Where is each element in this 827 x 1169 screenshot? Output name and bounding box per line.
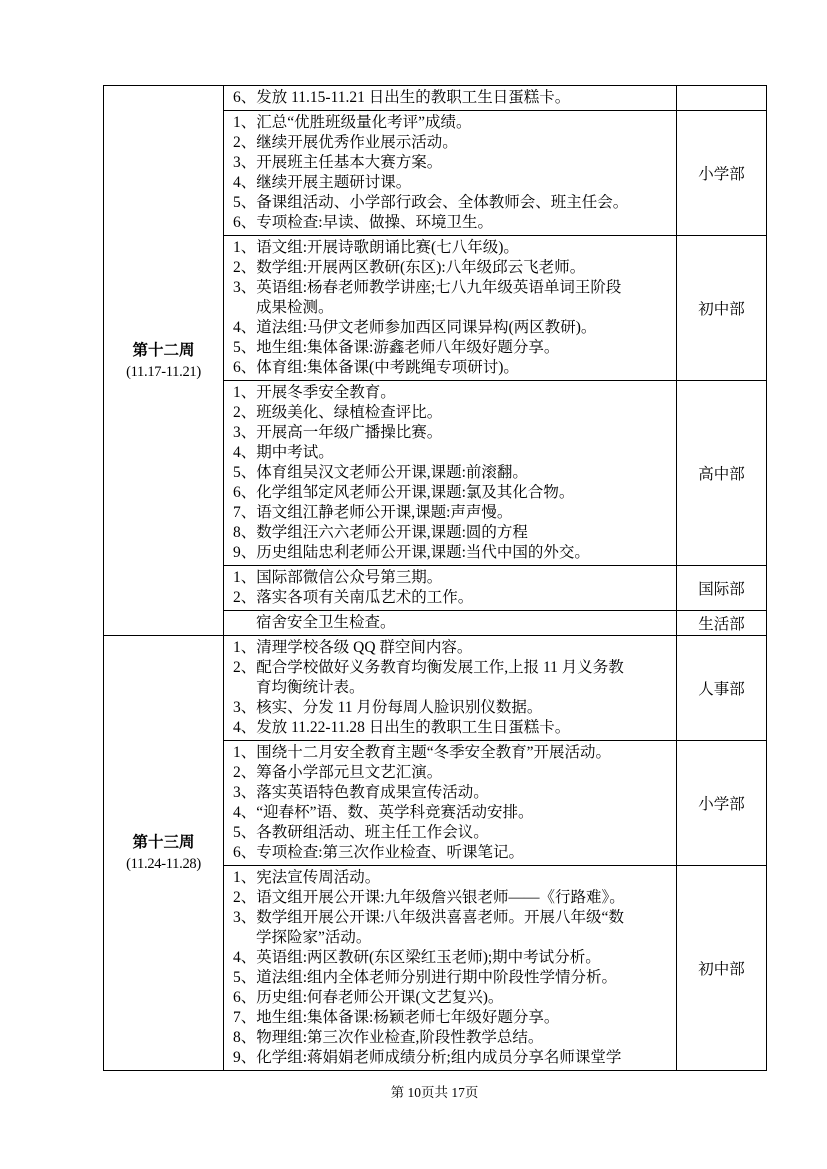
task-line: 8、物理组:第三次作业检查,阶段性教学总结。	[233, 1028, 671, 1048]
task-line: 6、历史组:何春老师公开课(文艺复兴)。	[233, 988, 671, 1008]
task-line: 6、发放 11.15-11.21 日出生的教职工生日蛋糕卡。	[233, 88, 671, 108]
department-cell: 初中部	[677, 866, 767, 1071]
task-line: 2、继续开展优秀作业展示活动。	[233, 133, 671, 153]
task-line: 7、语文组江静老师公开课,课题:声声慢。	[233, 503, 671, 523]
task-line: 学探险家”活动。	[233, 928, 671, 948]
task-line: 5、道法组:组内全体老师分别进行期中阶段性学情分析。	[233, 968, 671, 988]
task-line: 6、专项检查:第三次作业检查、听课笔记。	[233, 843, 671, 863]
task-line: 2、配合学校做好义务教育均衡发展工作,上报 11 月义务教	[233, 658, 671, 678]
task-line: 9、历史组陆忠利老师公开课,课题:当代中国的外交。	[233, 543, 671, 563]
week-dates: (11.24-11.28)	[105, 854, 222, 874]
task-line: 4、道法组:马伊文老师参加西区同课异构(两区教研)。	[233, 318, 671, 338]
task-line: 1、清理学校各级 QQ 群空间内容。	[233, 638, 671, 658]
task-line: 1、汇总“优胜班级量化考评”成绩。	[233, 113, 671, 133]
task-line: 1、围绕十二月安全教育主题“冬季安全教育”开展活动。	[233, 743, 671, 763]
task-line: 育均衡统计表。	[233, 678, 671, 698]
tasks-cell: 1、语文组:开展诗歌朗诵比赛(七八年级)。2、数学组:开展两区教研(东区):八年…	[224, 236, 677, 381]
weekly-schedule-table: 第十二周(11.17-11.21)6、发放 11.15-11.21 日出生的教职…	[103, 85, 767, 1071]
week-cell: 第十二周(11.17-11.21)	[104, 86, 224, 636]
task-line: 4、发放 11.22-11.28 日出生的教职工生日蛋糕卡。	[233, 718, 671, 738]
department-cell: 小学部	[677, 111, 767, 236]
task-line: 2、筹备小学部元旦文艺汇演。	[233, 763, 671, 783]
week-cell: 第十三周(11.24-11.28)	[104, 636, 224, 1071]
department-cell	[677, 86, 767, 111]
tasks-cell: 6、发放 11.15-11.21 日出生的教职工生日蛋糕卡。	[224, 86, 677, 111]
task-line: 6、体育组:集体备课(中考跳绳专项研讨)。	[233, 358, 671, 378]
task-line: 6、化学组邹定风老师公开课,课题:氯及其化合物。	[233, 483, 671, 503]
task-line: 2、班级美化、绿植检查评比。	[233, 403, 671, 423]
task-line: 5、地生组:集体备课:游鑫老师八年级好题分享。	[233, 338, 671, 358]
task-line: 2、数学组:开展两区教研(东区):八年级邱云飞老师。	[233, 258, 671, 278]
department-cell: 人事部	[677, 636, 767, 741]
week-label: 第十三周	[105, 832, 222, 854]
page-number-footer: 第 10页共 17页	[103, 1084, 766, 1102]
department-cell: 生活部	[677, 611, 767, 636]
task-line: 4、英语组:两区教研(东区梁红玉老师);期中考试分析。	[233, 948, 671, 968]
department-cell: 国际部	[677, 566, 767, 611]
task-line: 2、语文组开展公开课:九年级詹兴银老师——《行路难》。	[233, 888, 671, 908]
task-line: 1、国际部微信公众号第三期。	[233, 568, 671, 588]
task-line: 2、落实各项有关南瓜艺术的工作。	[233, 588, 671, 608]
department-cell: 初中部	[677, 236, 767, 381]
task-line: 3、核实、分发 11 月份每周人脸识别仪数据。	[233, 698, 671, 718]
department-cell: 小学部	[677, 741, 767, 866]
task-line: 3、落实英语特色教育成果宣传活动。	[233, 783, 671, 803]
tasks-cell: 1、清理学校各级 QQ 群空间内容。2、配合学校做好义务教育均衡发展工作,上报 …	[224, 636, 677, 741]
task-line: 宿舍安全卫生检查。	[233, 613, 671, 633]
task-line: 3、数学组开展公开课:八年级洪喜喜老师。开展八年级“数	[233, 908, 671, 928]
task-line: 6、专项检查:早读、做操、环境卫生。	[233, 213, 671, 233]
schedule-row: 第十二周(11.17-11.21)6、发放 11.15-11.21 日出生的教职…	[104, 86, 767, 111]
task-line: 7、地生组:集体备课:杨颖老师七年级好题分享。	[233, 1008, 671, 1028]
task-line: 5、体育组吴汉文老师公开课,课题:前滚翻。	[233, 463, 671, 483]
task-line: 3、开展班主任基本大赛方案。	[233, 153, 671, 173]
tasks-cell: 1、国际部微信公众号第三期。2、落实各项有关南瓜艺术的工作。	[224, 566, 677, 611]
week-label: 第十二周	[105, 340, 222, 362]
tasks-cell: 宿舍安全卫生检查。	[224, 611, 677, 636]
tasks-cell: 1、汇总“优胜班级量化考评”成绩。2、继续开展优秀作业展示活动。3、开展班主任基…	[224, 111, 677, 236]
task-line: 1、语文组:开展诗歌朗诵比赛(七八年级)。	[233, 238, 671, 258]
document-page: 第十二周(11.17-11.21)6、发放 11.15-11.21 日出生的教职…	[0, 0, 827, 1169]
task-line: 1、开展冬季安全教育。	[233, 383, 671, 403]
task-line: 5、各教研组活动、班主任工作会议。	[233, 823, 671, 843]
schedule-table-body: 第十二周(11.17-11.21)6、发放 11.15-11.21 日出生的教职…	[104, 86, 767, 1071]
tasks-cell: 1、开展冬季安全教育。2、班级美化、绿植检查评比。3、开展高一年级广播操比赛。4…	[224, 381, 677, 566]
task-line: 3、开展高一年级广播操比赛。	[233, 423, 671, 443]
schedule-row: 第十三周(11.24-11.28)1、清理学校各级 QQ 群空间内容。2、配合学…	[104, 636, 767, 741]
department-cell: 高中部	[677, 381, 767, 566]
task-line: 8、数学组汪六六老师公开课,课题:圆的方程	[233, 523, 671, 543]
tasks-cell: 1、围绕十二月安全教育主题“冬季安全教育”开展活动。2、筹备小学部元旦文艺汇演。…	[224, 741, 677, 866]
week-dates: (11.17-11.21)	[105, 362, 222, 382]
task-line: 5、备课组活动、小学部行政会、全体教师会、班主任会。	[233, 193, 671, 213]
task-line: 1、宪法宣传周活动。	[233, 868, 671, 888]
task-line: 9、化学组:蒋娟娟老师成绩分析;组内成员分享名师课堂学	[233, 1048, 671, 1068]
task-line: 4、继续开展主题研讨课。	[233, 173, 671, 193]
task-line: 成果检测。	[233, 298, 671, 318]
task-line: 3、英语组:杨春老师教学讲座;七八九年级英语单词王阶段	[233, 278, 671, 298]
task-line: 4、“迎春杯”语、数、英学科竞赛活动安排。	[233, 803, 671, 823]
task-line: 4、期中考试。	[233, 443, 671, 463]
tasks-cell: 1、宪法宣传周活动。2、语文组开展公开课:九年级詹兴银老师——《行路难》。3、数…	[224, 866, 677, 1071]
